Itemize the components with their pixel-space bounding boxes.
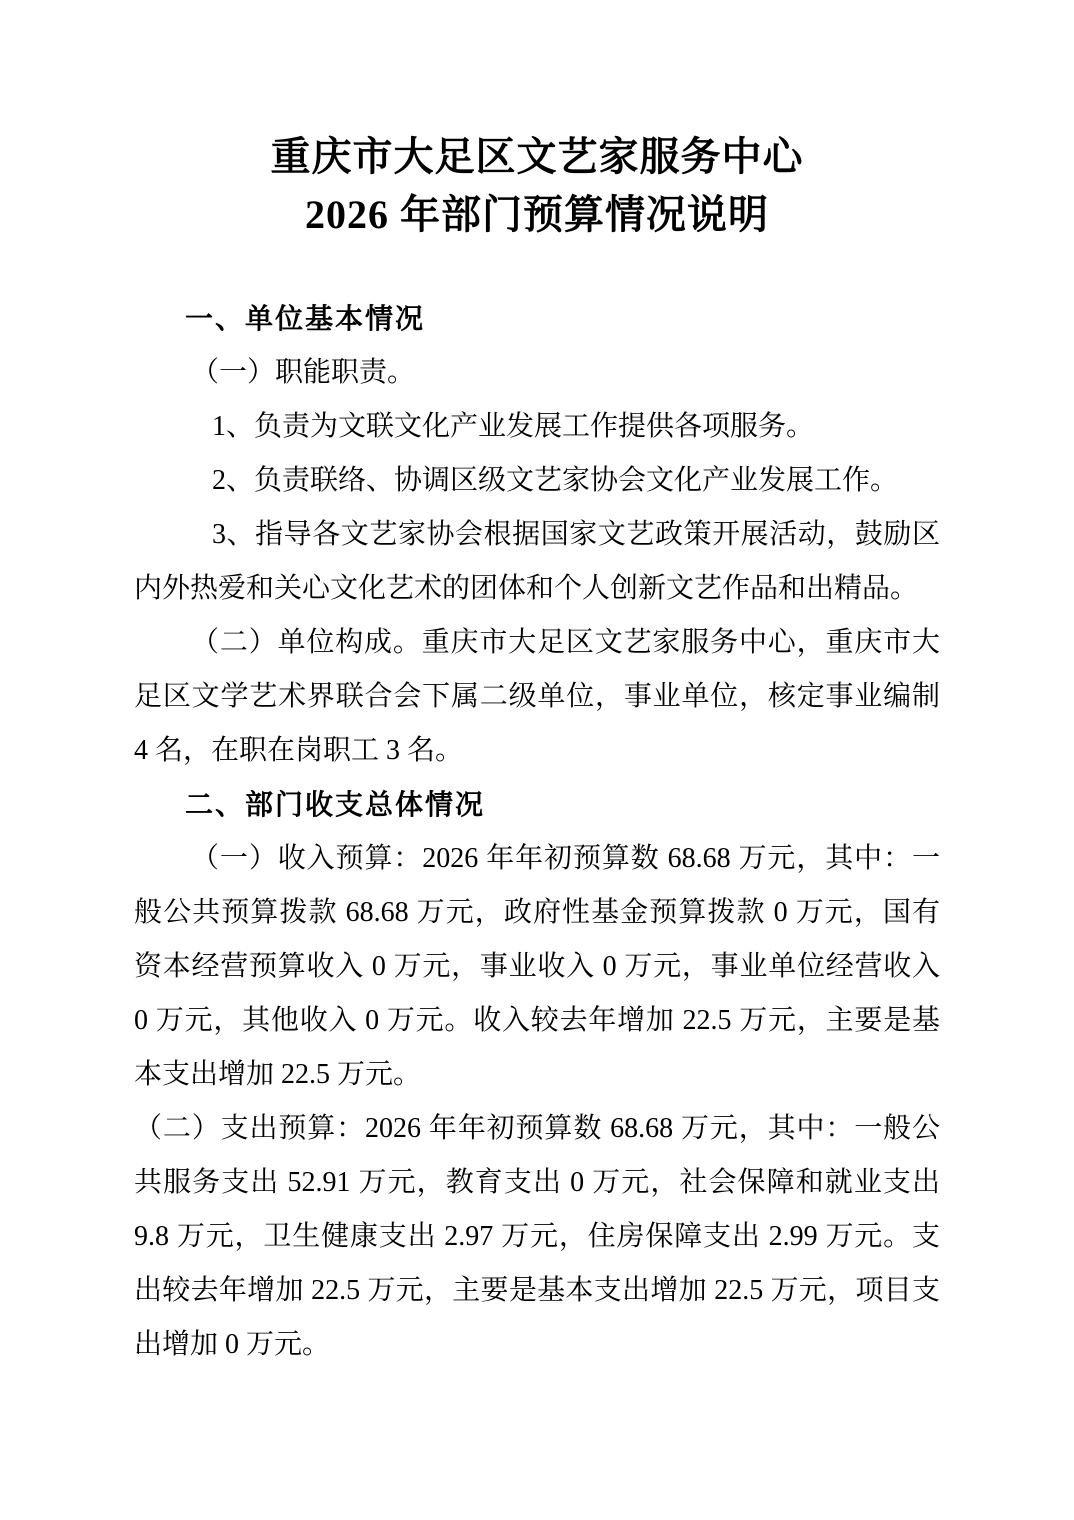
paragraph-line: 出增加 0 万元。 <box>134 1318 940 1372</box>
paragraph-line: 1、负责为文联文化产业发展工作提供各项服务。 <box>134 400 940 454</box>
paragraph-line: （二）支出预算：2026 年年初预算数 68.68 万元，其中：一般公 <box>134 1102 940 1156</box>
paragraph-line: 般公共预算拨款 68.68 万元，政府性基金预算拨款 0 万元，国有 <box>134 886 940 940</box>
section2-heading: 二、部门收支总体情况 <box>134 778 940 832</box>
document-title: 重庆市大足区文艺家服务中心 2026 年部门预算情况说明 <box>0 128 1074 244</box>
paragraph-line: （二）单位构成。重庆市大足区文艺家服务中心，重庆市大 <box>134 616 940 670</box>
paragraph-line: （一）职能职责。 <box>134 346 940 400</box>
paragraph-line: 4 名，在职在岗职工 3 名。 <box>134 724 940 778</box>
paragraph-line: 出较去年增加 22.5 万元，主要是基本支出增加 22.5 万元，项目支 <box>134 1264 940 1318</box>
paragraph-line: （一）收入预算：2026 年年初预算数 68.68 万元，其中：一 <box>134 832 940 886</box>
paragraph-line: 共服务支出 52.91 万元，教育支出 0 万元，社会保障和就业支出 <box>134 1156 940 1210</box>
paragraph-line: 3、指导各文艺家协会根据国家文艺政策开展活动，鼓励区 <box>134 508 940 562</box>
document-body: 一、单位基本情况 （一）职能职责。 1、负责为文联文化产业发展工作提供各项服务。… <box>134 292 940 1372</box>
paragraph-line: 资本经营预算收入 0 万元，事业收入 0 万元，事业单位经营收入 <box>134 940 940 994</box>
document-page: 重庆市大足区文艺家服务中心 2026 年部门预算情况说明 一、单位基本情况 （一… <box>0 0 1074 1520</box>
paragraph-line: 2、负责联络、协调区级文艺家协会文化产业发展工作。 <box>134 454 940 508</box>
title-line-2: 2026 年部门预算情况说明 <box>0 186 1074 244</box>
paragraph-line: 本支出增加 22.5 万元。 <box>134 1048 940 1102</box>
section1-heading: 一、单位基本情况 <box>134 292 940 346</box>
paragraph-line: 9.8 万元，卫生健康支出 2.97 万元，住房保障支出 2.99 万元。支 <box>134 1210 940 1264</box>
paragraph-line: 0 万元，其他收入 0 万元。收入较去年增加 22.5 万元，主要是基 <box>134 994 940 1048</box>
paragraph-line: 足区文学艺术界联合会下属二级单位，事业单位，核定事业编制 <box>134 670 940 724</box>
title-line-1: 重庆市大足区文艺家服务中心 <box>0 128 1074 186</box>
paragraph-line: 内外热爱和关心文化艺术的团体和个人创新文艺作品和出精品。 <box>134 562 940 616</box>
